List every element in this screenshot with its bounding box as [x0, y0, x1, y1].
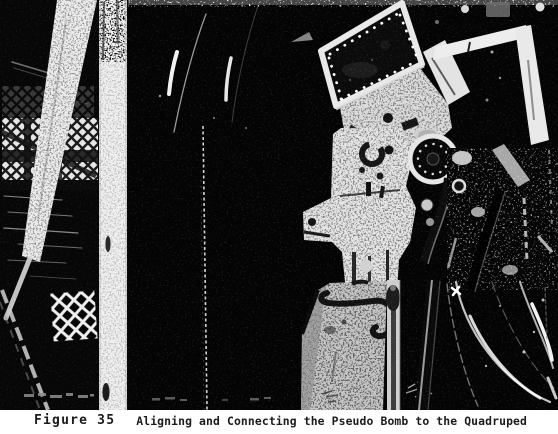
main-photo-grain — [128, 0, 558, 410]
figure-photo — [0, 0, 558, 412]
left-strip-grain — [0, 0, 128, 410]
left-photo-strip — [0, 0, 128, 410]
figure-photo-canvas — [0, 0, 558, 412]
figure-caption: Aligning and Connecting the Pseudo Bomb … — [136, 411, 527, 431]
figure-label: Figure 35 — [34, 411, 115, 431]
document-page: Figure 35 Aligning and Connecting the Ps… — [0, 0, 558, 434]
figure-caption-row: Figure 35 Aligning and Connecting the Ps… — [0, 411, 558, 434]
main-photo — [128, 0, 558, 410]
